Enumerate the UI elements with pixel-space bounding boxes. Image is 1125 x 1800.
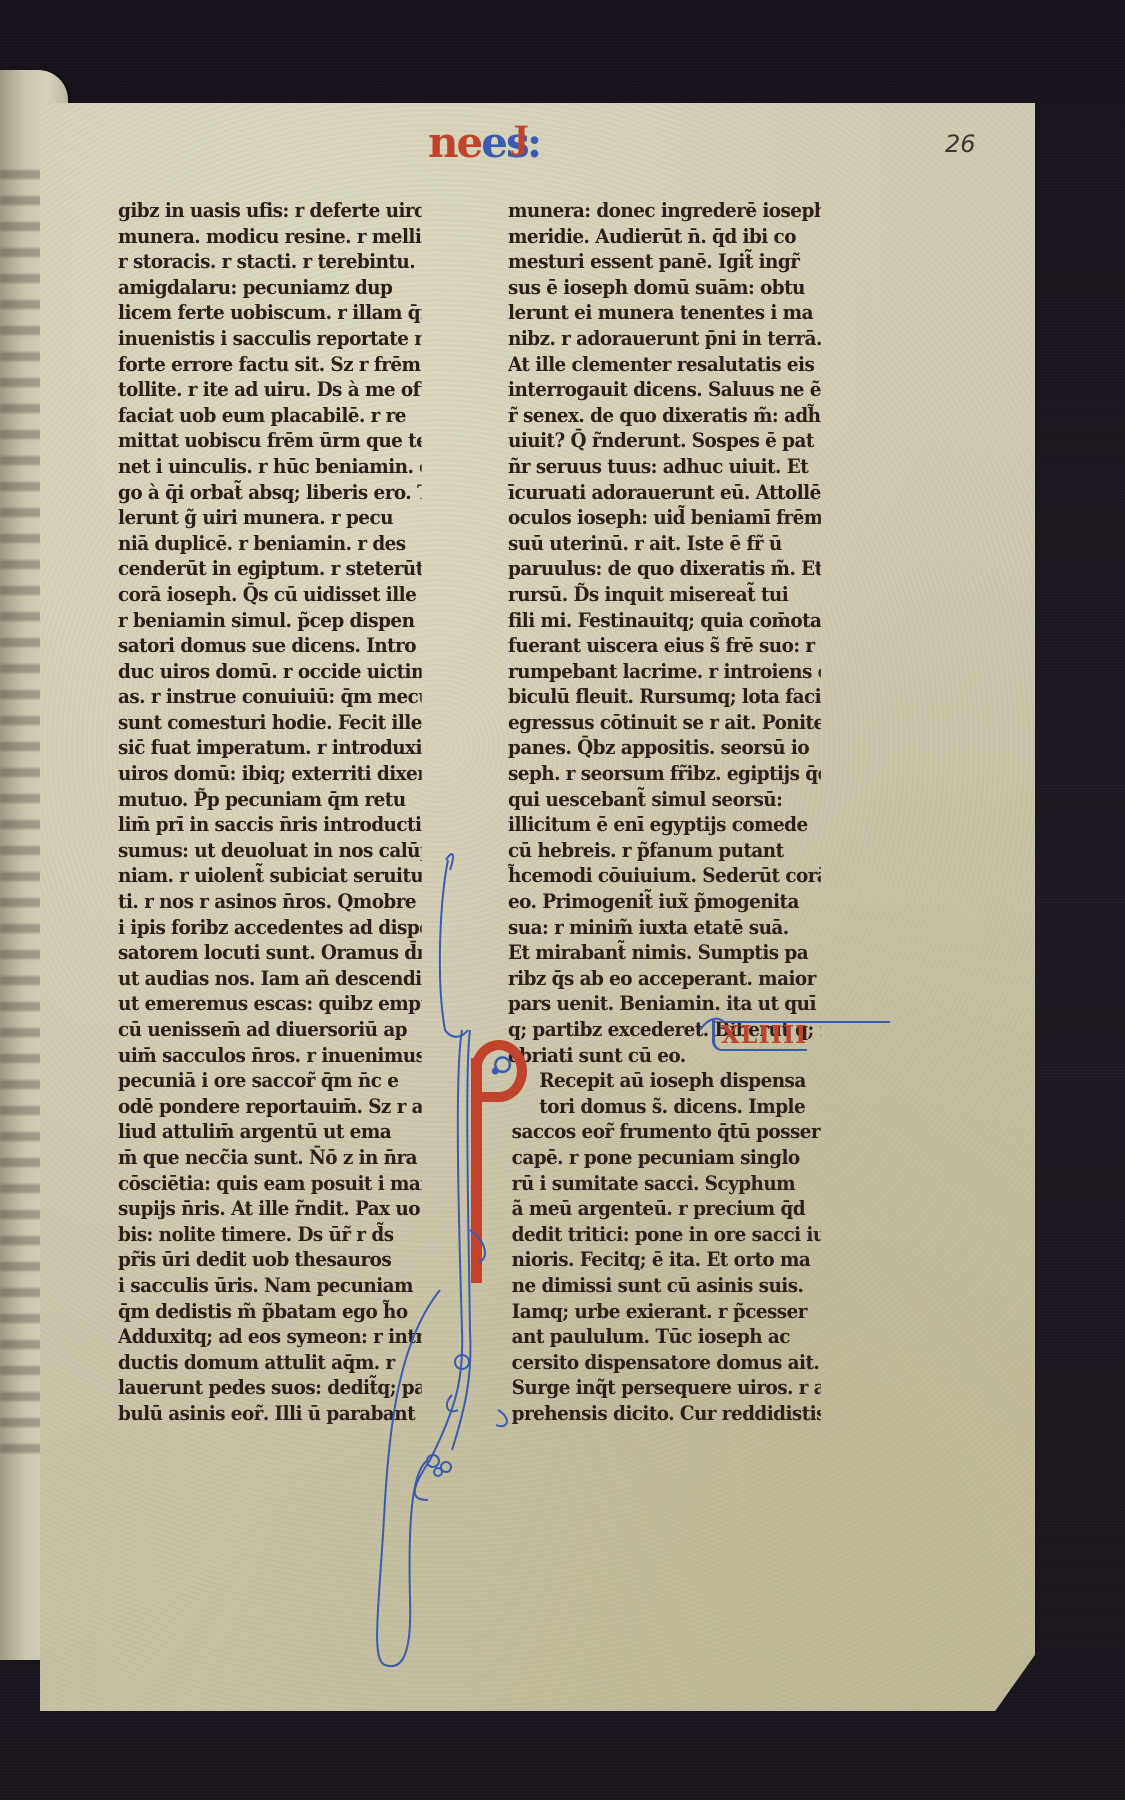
text-line: corā ioseph. Q̄s cū uidisset ille [118, 582, 422, 608]
text-line: niam. r uiolent̃ subiciat seruitu [118, 863, 422, 889]
text-line: h̃cemodi cōuiuium. Sederūt corā [508, 863, 821, 889]
left-text-column: gibz in uasis ufis: r deferte uiromunera… [118, 198, 448, 1427]
text-line: ne dimissi sunt cū asinis suis. [508, 1273, 821, 1299]
text-line: sunt comesturi hodie. Fecit ille [118, 710, 422, 736]
text-line: munera: donec ingrederē ioseph [508, 198, 821, 224]
text-line: bis: nolite timere. Ds ūr̃ r d̃s [118, 1222, 422, 1248]
text-line: prehensis dicito. Cur reddidistis [508, 1401, 821, 1427]
text-line: uiros domū: ibiq; exterriti dixerūt [118, 761, 422, 787]
text-line: pr̃is ūri dedit uob thesauros [118, 1247, 422, 1273]
text-line: duc uiros domū. r occide uictim [118, 659, 422, 685]
text-line: uim̄ sacculos n̄ros. r inuenimus [118, 1043, 422, 1069]
text-line: go à q̄i orbat̃ absq; liberis ero. Tu [118, 480, 422, 506]
text-line: Adduxitq; ad eos symeon: r intro [118, 1324, 422, 1350]
text-line: īcuruati adorauerunt eū. Attollēs ã [508, 480, 821, 506]
text-line: odē pondere reportauim̄. Sz r a [118, 1094, 422, 1120]
text-line: ti. r nos r asinos n̄ros. Qmobre [118, 889, 422, 915]
text-line: interrogauit dicens. Saluus ne ẽ p̃ [508, 377, 821, 403]
text-line: Et mirabant̃ nimis. Sumptis pa [508, 940, 821, 966]
text-line: uiuit? Q̄ r̃nderunt. Sospes ē pat [508, 428, 821, 454]
running-head-red: ne [428, 118, 481, 167]
running-head: neesJ: [428, 118, 540, 167]
text-line: Recepit aū ioseph dispensa [508, 1068, 821, 1094]
text-line: illicitum ē enī egyptijs comede [508, 812, 821, 838]
text-line: Surge inq̃t persequere uiros. r ap [508, 1375, 821, 1401]
text-line: cū hebreis. r p̃fanum putant [508, 838, 821, 864]
text-line: pars uenit. Beniamin. ita ut quī [508, 991, 821, 1017]
text-line: sus ē ioseph domū suām: obtu [508, 275, 821, 301]
text-line: forte errore factu sit. Sz r frēm u. [118, 352, 422, 378]
text-line: Iamq; urbe exierant. r p̃cesser [508, 1299, 821, 1325]
text-line: sua: r minim̃ iuxta etatē suā. [508, 915, 821, 941]
text-line: satori domus sue dicens. Intro [118, 633, 422, 659]
text-line: paruulus: de quo dixeratis m̃. Et [508, 556, 821, 582]
text-line: gibz in uasis ufis: r deferte uiro [118, 198, 422, 224]
text-line: lerunt ei munera tenentes i ma [508, 300, 821, 326]
text-line: ductis domum attulit aq̄m. r [118, 1350, 422, 1376]
text-line: as. r instrue conuiuiū: q̄m mecū [118, 684, 422, 710]
text-line: bulū asinis eor̃. Illi ū parabant [118, 1401, 422, 1427]
text-line: cersito dispensatore domus ait. [508, 1350, 821, 1376]
text-line: nibz. r adorauerunt p̄ni in terrā. [508, 326, 821, 352]
text-line: nioris. Fecitq; ē ita. Et orto ma [508, 1247, 821, 1273]
text-line: amigdalaru: pecuniamz dup [118, 275, 422, 301]
text-line: panes. Q̄bz appositis. seorsū io [508, 735, 821, 761]
text-line: mittat uobiscu frēm ūrm que te [118, 428, 422, 454]
text-line: munera. modicu resine. r mellis [118, 224, 422, 250]
text-line: liud attulim̄ argentū ut ema [118, 1119, 422, 1145]
text-line: rursū. D̃s inquit misereat̃ tui [508, 582, 821, 608]
text-line: mutuo. P̃p pecuniam q̄m retu [118, 787, 422, 813]
text-line: m̄ que necc̃ia sunt. N̄ō z in n̄ra [118, 1145, 422, 1171]
text-line: net i uinculis. r hūc beniamin. e [118, 454, 422, 480]
text-line: sumus: ut deuoluat in nos calūp [118, 838, 422, 864]
text-line: saccos eor̃ frumento q̄tū posserūt [508, 1119, 821, 1145]
text-line: capē. r pone pecuniam singlo [508, 1145, 821, 1171]
running-head-tail: J [514, 119, 527, 157]
running-head-punct: : [527, 118, 541, 167]
text-line: pecuniā i ore saccor̃ q̄m n̄c e [118, 1068, 422, 1094]
text-line: lim̄ prī in saccis n̄ris introducti [118, 812, 422, 838]
text-line: rū i sumitate sacci. Scyphum [508, 1171, 821, 1197]
text-line: r̃ senex. de quo dixeratis m̃: adh̃ [508, 403, 821, 429]
text-line: ñr seruus tuus: adhuc uiuit. Et [508, 454, 821, 480]
initial-bowl [471, 1040, 527, 1102]
decorated-initial-p [465, 1040, 525, 1280]
right-text-column: munera: donec ingrederē iosephmeridie. … [508, 198, 848, 1427]
folio-number: 26 [945, 130, 976, 158]
text-line: meridie. Audierūt n̄. q̄d ibi co [508, 224, 821, 250]
text-line: i ipis foribz accedentes ad dispē [118, 915, 422, 941]
text-line: cenderūt in egiptum. r steterūt [118, 556, 422, 582]
text-line: tori domus s̃. dicens. Imple [508, 1094, 821, 1120]
text-line: niā duplicē. r beniamin. r des [118, 531, 422, 557]
text-line: tollite. r ite ad uiru. Ds à me ofte [118, 377, 422, 403]
text-line: r storacis. r stacti. r terebintu. r [118, 249, 422, 275]
text-line: q̄m dedistis m̃ p̃batam ego h̃o [118, 1299, 422, 1325]
text-line: ut audias nos. Iam añ descendim̄ [118, 966, 422, 992]
text-line: seph. r seorsum fr̃ibz. egiptijs q̄q; [508, 761, 821, 787]
text-line: faciat uob eum placabilē. r re [118, 403, 422, 429]
text-line: lerunt g̃ uiri munera. r pecu [118, 505, 422, 531]
text-line: At ille clementer resalutatis eis [508, 352, 821, 378]
text-line: egressus cōtinuit se r ait. Ponite [508, 710, 821, 736]
text-line: fili mi. Festinauitq; quia com̄ota [508, 608, 821, 634]
text-line: suū uterinū. r ait. Iste ē fr̃ ū [508, 531, 821, 557]
text-line: oculos ioseph: uid̃ beniamī frēm [508, 505, 821, 531]
text-line: inuenistis i sacculis reportate ne [118, 326, 422, 352]
chapter-number: XLIIII [712, 1020, 807, 1051]
text-line: cōsciētia: quis eam posuit i mar [118, 1171, 422, 1197]
text-line: r beniamin simul. p̃cep dispen [118, 608, 422, 634]
text-line: ant paululum. Tūc ioseph ac [508, 1324, 821, 1350]
text-line: eo. Primogenit̃ iux̃ p̃mogenita [508, 889, 821, 915]
text-line: qui uescebant̃ simul seorsū: [508, 787, 821, 813]
text-line: lauerunt pedes suos: dedit̃q; pa [118, 1375, 422, 1401]
text-line: licem ferte uobiscum. r illam q̄m [118, 300, 422, 326]
text-line: satorem locuti sunt. Oramus d̄ne [118, 940, 422, 966]
text-line: ut emeremus escas: quibz emptis [118, 991, 422, 1017]
text-line: ã meū argenteū. r precium q̄d [508, 1196, 821, 1222]
text-line: supijs n̄ris. At ille r̃ndit. Pax uo [118, 1196, 422, 1222]
text-line: dedit tritici: pone in ore sacci iu [508, 1222, 821, 1248]
text-line: mesturi essent panē. Igit̃ ingr̃ [508, 249, 821, 275]
text-line: sic̄ fuat imperatum. r introduxit [118, 735, 422, 761]
text-line: ribz q̄s ab eo acceperant. maior p̃ [508, 966, 821, 992]
text-line: cū uenissem̄ ad diuersoriū ap [118, 1017, 422, 1043]
text-line: rumpebant lacrime. r introiens cu [508, 659, 821, 685]
text-line: biculū fleuit. Rursumq; lota facie [508, 684, 821, 710]
text-line: fuerant uiscera eius s̃ frē suo: r e [508, 633, 821, 659]
text-line: i sacculis ūris. Nam pecuniam [118, 1273, 422, 1299]
